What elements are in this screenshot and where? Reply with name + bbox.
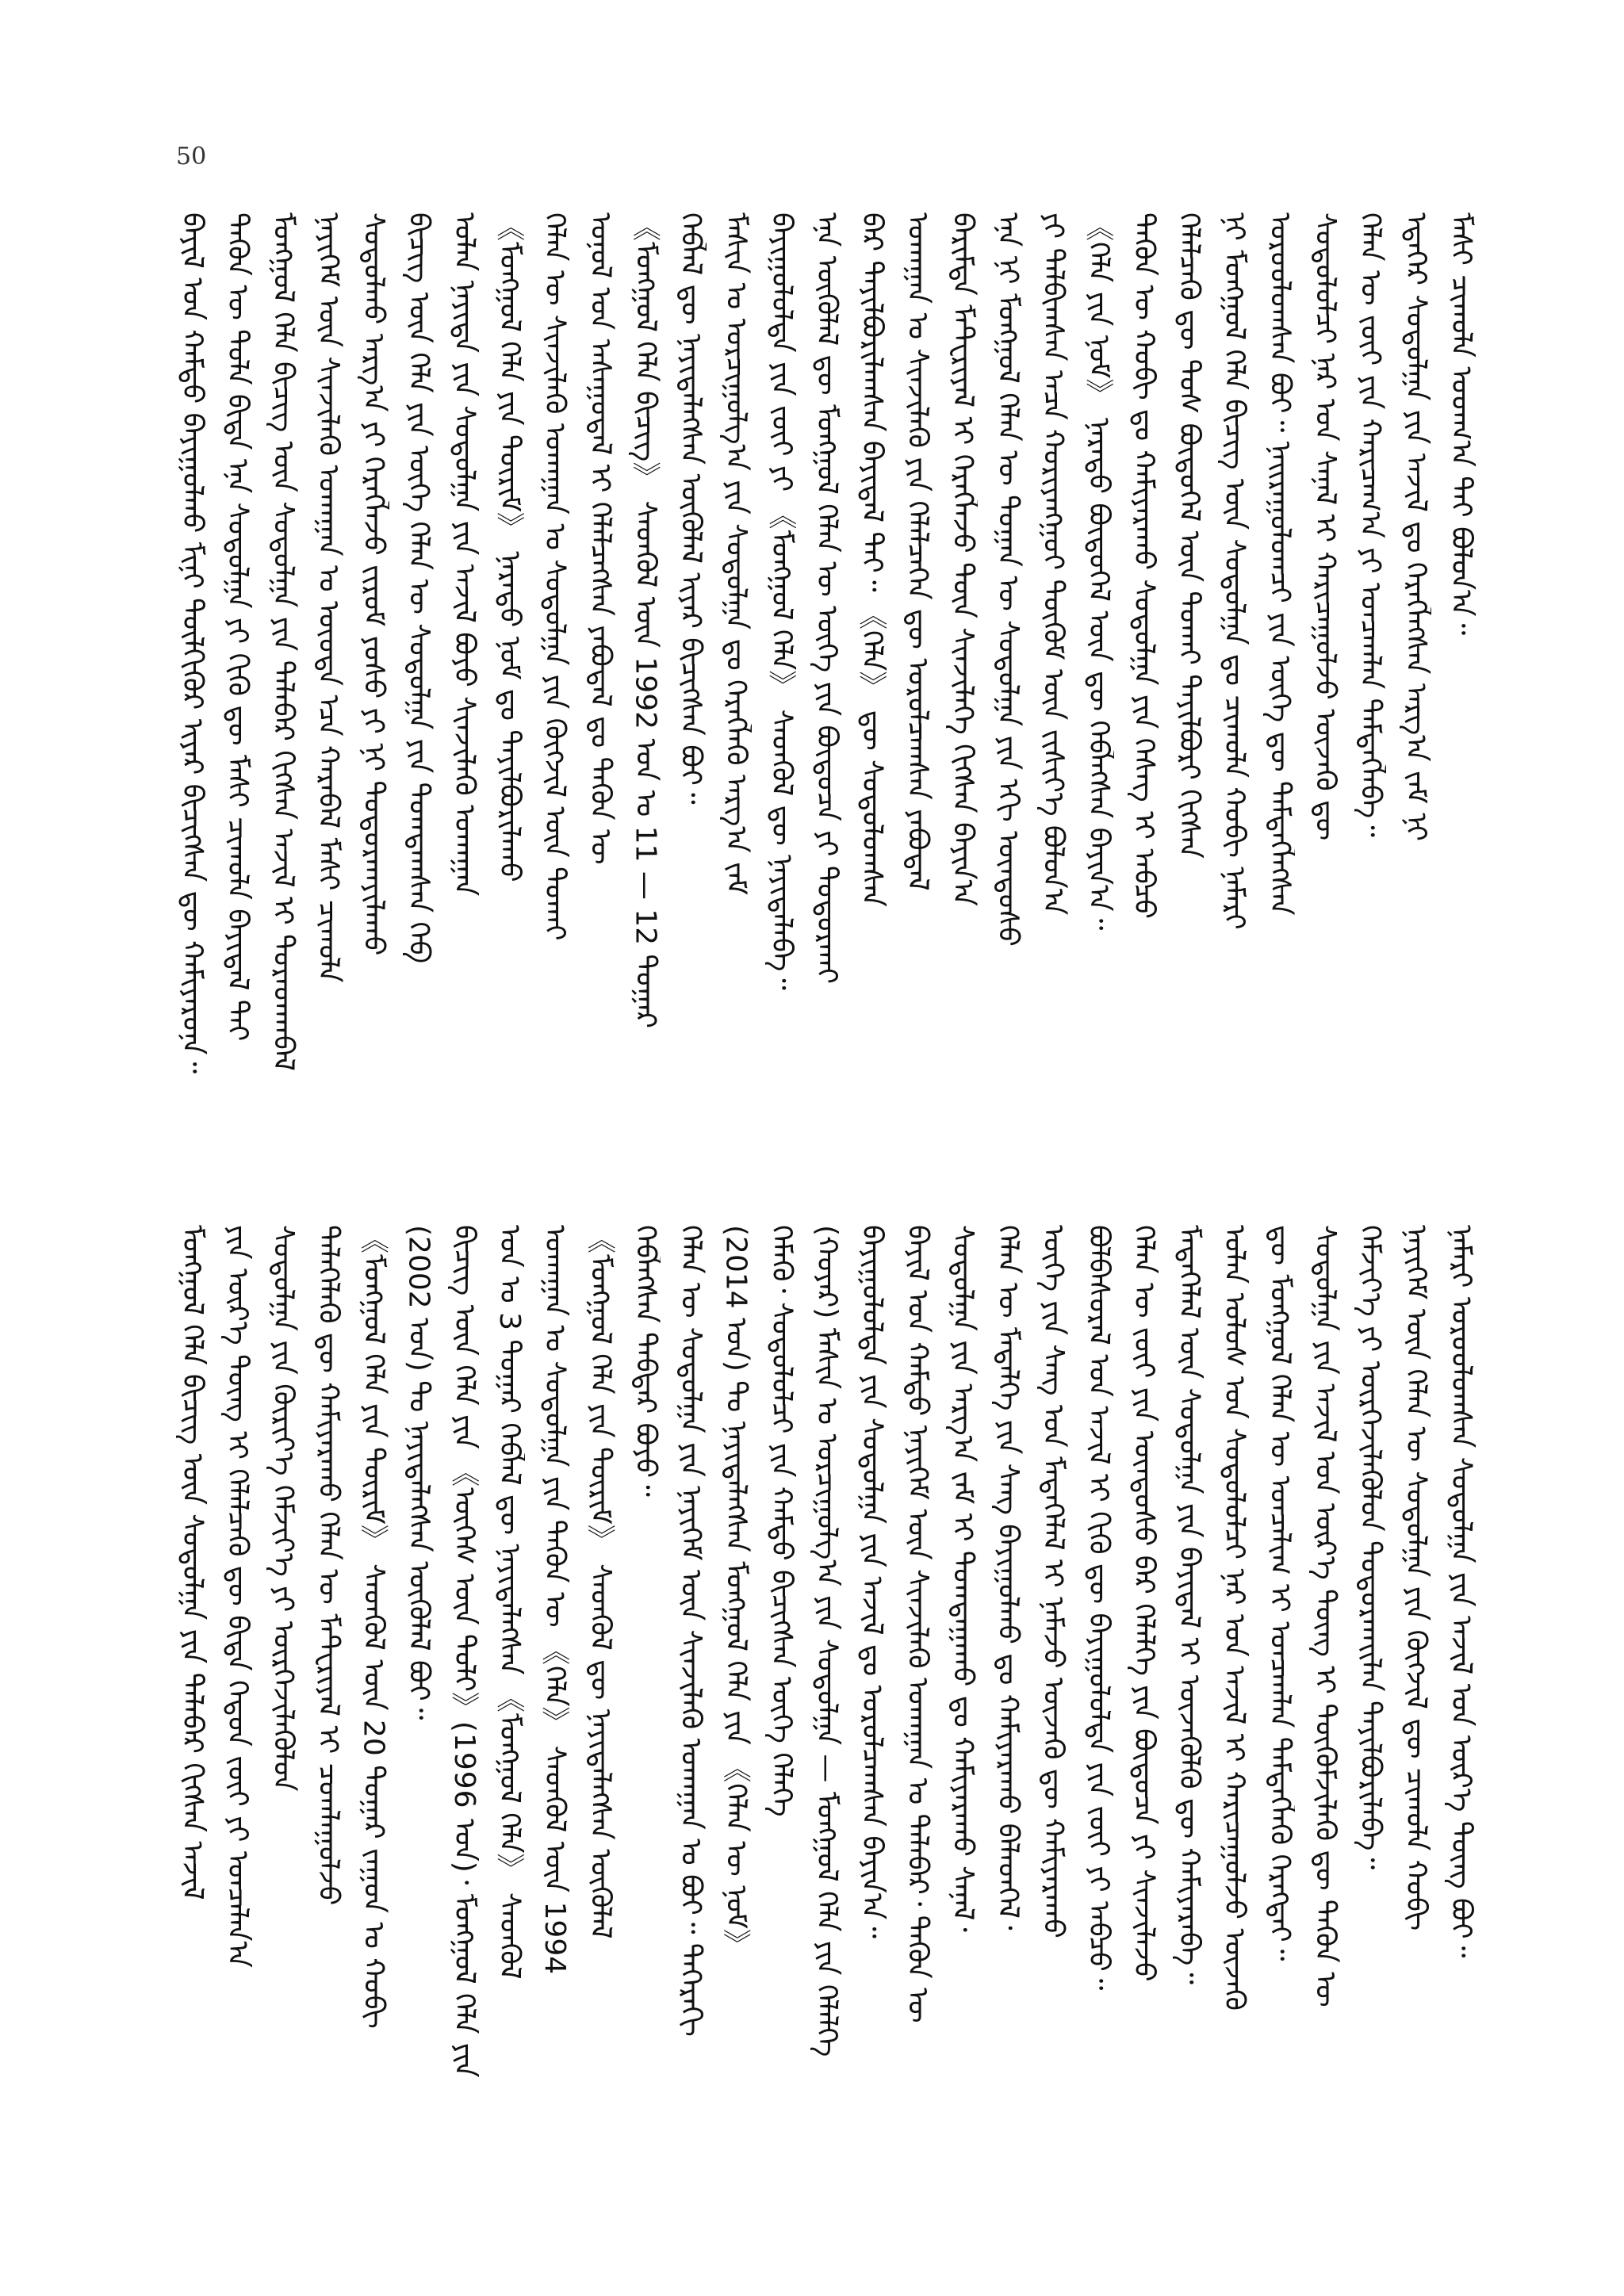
text-column: ᠰᠤᠳᠤᠯᠤᠯᠴᠢ ᠨᠠᠷ ᠤᠨ ᠰᠠᠨᠠᠯ ᠢ ᠬᠠᠷᠢᠴᠠᠭᠤᠯᠵᠤ ᠦᠵᠡ…: [1309, 212, 1341, 1148]
text-column: 《ᠮᠣᠩᠭᠣᠯ ᠬᠡᠯᠡ ᠶᠢᠨ ᠳᠦᠷᠢᠮ》 ᠰᠡᠳᠬᠦᠯ ᠳᠦ ᠨᠡᠶᠢᠲᠡ…: [584, 1225, 615, 2156]
text-column: ᠤᠬᠠᠭᠠᠨ ᠤ ᠰᠤᠳᠤᠯᠭᠠ ᠶᠢᠨ ᠲᠡᠭᠦᠨ ᠦ 《ᠬᠡᠯᠡ》 ᠰᠡᠳᠬ…: [538, 1225, 570, 2156]
text-column: ᠬᠡᠯᠡᠨ ᠦ ᠰᠢᠨᠵᠢᠯᠡᠬᠦ ᠤᠬᠠᠭᠠᠨ ᠤ ᠰᠤᠳᠤᠯᠭᠠ ᠶᠢᠨ ᠬ…: [538, 212, 570, 1148]
text-column: ᠦᠭᠡ ᠶᠢᠨ ᠰᠠᠩ ᠤᠨ ᠮᠡᠳᠡᠭᠡᠯᠡᠯ ᠢ ᠨᠡᠮᠡᠵᠦ ᠦᠵᠡᠬᠦ …: [1037, 1225, 1069, 2156]
text-column: ᠬᠡᠪᠯᠡᠭᠰᠡᠨ ᠳᠡᠪᠲᠡᠷ ᠪᠤᠶᠤ᠃: [629, 1225, 661, 2156]
text-column: 《ᠮᠣᠩᠭᠣᠯ ᠬᠡᠯᠡ ᠪᠢᠴᠢᠭ》 ᠰᠡᠳᠬᠦᠯ ᠦᠨ 1992 ᠣᠨ ᠤ …: [629, 212, 661, 1148]
text-column: ᠮᠠᠰᠢ ᠴᠢᠬᠤᠯᠠ ᠤᠳᠬ᠎ᠠ ᠲᠠᠢ ᠪᠣᠯᠤᠨ᠎ᠠ᠃: [1445, 212, 1477, 1148]
text-column: (ᠬᠣᠶᠠᠷ) ᠮᠠᠰᠢᠨ ᠤ ᠣᠷᠴᠢᠭᠤᠯᠭ᠎ᠠ ᠶᠢᠨ ᠰᠤᠳᠤᠯᠭᠠ —…: [810, 1225, 842, 2156]
text-column: ᠬᠡᠯᠡᠨ ᠦ ᠵᠦᠢ ᠶᠢᠨ ᠦᠨᠳᠦᠰᠦ ᠪᠠᠷ ᠬᠡᠯᠡᠯᠭᠡ ᠶᠢᠨ ᠪ…: [1128, 1225, 1159, 2156]
text-column: ᠬᠡᠪᠯᠡᠯ ᠳᠦ ᠨᠡᠶᠢᠲᠡᠯᠡᠭᠰᠡᠨ ᠥᠭᠦᠯᠡᠯ ᠢᠶᠡᠷ ᠪᠢᠴᠢᠭ…: [675, 212, 707, 1148]
text-column: ᠡᠨᠡ ᠨᠢ ᠮᠣᠩᠭᠣᠯ ᠬᠡᠯᠡᠨ ᠦ ᠲᠣᠭᠠᠨ ᠦ ᠰᠤᠳᠤᠯᠭᠠ ᠶᠢ…: [992, 212, 1024, 1148]
text-column: ᠣᠨᠣᠯ ᠤᠨ ᠠᠰᠠᠭᠤᠳᠠᠯ ᠢ ᠬᠡᠯᠡᠯᠴᠡᠭᠰᠡᠨ ᠶᠠᠪᠤᠳᠠᠯ ᠳ…: [584, 212, 615, 1148]
text-column: ᠮᠠᠰᠢᠨ ᠤ ᠣᠷᠴᠢᠭᠤᠯᠭ᠎ᠠ ᠶᠢᠨ ᠰᠤᠳᠤᠯᠭᠠ ᠳᠤ ᠬᠡᠷᠡᠭᠯ…: [720, 212, 752, 1148]
text-column: 《ᠬᠡᠯᠡ ᠶᠢᠨ ᠨᠣᠮ》 ᠨᠡᠷᠡᠲᠦ ᠪᠦᠲᠦᠭᠡᠯ ᠦᠨ ᠳᠦ ᠬᠡᠪᠯ…: [1082, 212, 1114, 1148]
text-column: ᠮᠡᠳᠡᠭᠡᠯᠡᠯ ᠦᠨ ᠰᠤᠳᠤᠯᠭᠠ ᠶᠢᠨ ᠪᠠᠶᠢᠳᠠᠯ ᠢ ᠦᠵᠡᠭᠦ…: [1173, 1225, 1205, 2156]
text-column: ᠨᠢ ᠮᠣᠩᠭᠣᠯ ᠬᠡᠯᠡ ᠪᠢᠴᠢᠭ ᠦᠨ ᠰᠤᠳᠤᠯᠭᠠ ᠳᠤ ᠴᠢᠬᠤᠯ…: [1218, 212, 1250, 1148]
text-column: ᠤᠬᠠᠭᠠᠨ ᠤ ᠰᠢᠨᠵᠢᠯᠡᠬᠦ ᠶᠢᠨ ᠬᠡᠯᠡᠯᠴᠡᠭᠡᠨ ᠳᠦ ᠣᠷᠤ…: [901, 212, 933, 1148]
text-column: ᠣᠨ ᠤ 3 ᠳᠤᠭᠠᠷ ᠬᠡᠪᠯᠡᠯ ᠳᠦ ᠨᠡᠶᠢᠲᠡᠯᠡᠭᠰᠡᠨ 《ᠮᠣᠩ…: [493, 1225, 525, 2156]
text-block-top: ᠪᠠᠶᠢᠯ ᠤᠨ ᠬᠠᠮᠲᠤ ᠪᠠᠶᠢᠭᠤᠯᠬᠤ ᠮᠢᠨᠢ ᠲᠦᠯᠬᠢᠭᠦᠷ ᠢ…: [176, 212, 1477, 1148]
text-column: ᠰᠤᠳᠤᠯᠬᠤ ᠠᠷᠭ᠎ᠠ ᠶᠢ ᠬᠡᠷᠡᠭᠯᠡᠵᠦ ᠵᠢᠷᠤᠮ ᠶᠣᠰᠤ ᠶᠢ…: [358, 212, 389, 1148]
text-column: ᠡᠨᠡ ᠥᠭᠦᠯᠡᠯ ᠳᠦ ᠮᠣᠩᠭᠣᠯ ᠬᠡᠯᠡᠨ ᠦ ᠦᠭᠡ ᠶᠢᠨ ᠪᠦᠲ…: [810, 212, 842, 1148]
text-column: ᠪᠣᠯᠪᠠᠰᠤᠷᠠᠯ ᠤᠨ ᠠᠵᠢᠯ ᠢ ᠬᠢᠬᠦ ᠳᠦ ᠪᠠᠶᠢᠭᠤᠯᠤᠯᠲᠠ…: [1082, 1225, 1114, 2156]
text-column: ᠪᠢᠴᠢᠭ ᠦᠨ ᠬᠡᠯᠡ ᠶᠢᠨ ᠦᠭᠡ ᠬᠡᠯᠡᠨ ᠦ ᠰᠤᠳᠤᠯᠭᠠ ᠶᠢ…: [403, 212, 435, 1148]
text-column: ᠪᠠᠶᠢᠭᠤᠯᠤᠯᠲᠠ ᠶᠢᠨ ᠰᠤᠳᠤᠯᠭᠠ ᠶᠢᠨ ᠠᠵᠢᠯ ᠳᠤ ᠣᠷᠤᠯ…: [856, 1225, 887, 2156]
text-column: ᠨᠡᠶᠢᠭᠡᠮ ᠦᠨ ᠬᠡᠯᠡᠨ ᠦ ᠰᠤᠳᠤᠯᠭᠠ ᠶᠢᠨ ᠬᠥᠭᠵᠢᠯ ᠳᠦ…: [1400, 1225, 1431, 2156]
text-column: ᠬᠡᠯᠡᠨ ᠦ ᠮᠡᠳᠡᠯᠭᠡ ᠶᠢᠨ ᠰᠠᠩ ᠪᠠᠶᠢᠭᠤᠯᠬᠤ ᠳᠤ ᠬᠠᠮ…: [992, 1225, 1024, 2156]
text-column: ᠪᠠᠶᠢᠯ ᠤᠨ ᠬᠠᠮᠲᠤ ᠨᠡᠶᠢᠭᠡᠮ ᠦᠨ ᠰᠢᠨᠵᠢᠯᠡᠬᠦ ᠤᠬᠠᠭ…: [901, 1225, 933, 2156]
text-column: ᠬᠡᠯᠡᠨ ᠦ ᠵᠦᠢ ᠶᠢᠨ ᠬᠠᠷᠢᠴᠠᠭ᠎ᠠ ᠶᠢ ᠣᠨᠴᠠᠭᠯᠠᠨ ᠲᠡ…: [1354, 212, 1386, 1148]
text-column: ᠡᠳᠡᠭᠡᠷ ᠰᠤᠳᠤᠯᠭᠠ ᠶᠢᠨ ᠠᠵᠢᠯ ᠳᠤ ᠬᠡᠷᠡᠭᠯᠡᠭᠰᠡᠨ ᠠ…: [1400, 212, 1431, 1148]
text-column: 《ᠮᠣᠩᠭᠣᠯ ᠬᠡᠯᠡ ᠶᠢᠨ ᠳᠦᠷᠢᠮ》 ᠨᠡᠷᠡᠲᠦ ᠨᠣᠮ ᠳᠤ ᠲᠠ…: [493, 212, 525, 1148]
text-column: ᠣᠷᠤᠤᠯᠤᠭᠰᠠᠨ ᠪᠤᠢ᠃ ᠨᠠᠢᠷᠠᠭᠤᠯᠤᠭᠴᠢ ᠶᠢᠨ ᠦᠭᠡ ᠳᠦ …: [1263, 212, 1295, 1148]
text-column: ᠨᠡᠮᠡᠷᠢ ᠣᠷᠤᠤᠯᠤᠭᠰᠠᠨ ᠰᠤᠳᠤᠯᠭᠠ ᠶᠢᠨ ᠠᠵᠢᠯ ᠤᠨ ᠦᠷ…: [1445, 1225, 1477, 2156]
text-column: (2002 ᠣᠨ) ᠲᠤ ᠨᠡᠶᠢᠲᠡᠯᠡᠭᠰᠡᠨ ᠥᠭᠦᠯᠡᠯ ᠪᠤᠢ᠃: [403, 1225, 435, 2156]
text-column: 《ᠮᠣᠩᠭᠣᠯ ᠬᠡᠯᠡ ᠶᠢᠨ ᠳᠦᠷᠢᠮ》 ᠰᠡᠳᠬᠦᠯ ᠦᠨ 20 ᠳᠤᠭ…: [358, 1225, 389, 2156]
text-column: ᠣᠯᠠᠨ ᠤᠯᠤᠰ ᠤᠨ ᠰᠤᠳᠤᠯᠤᠯᠴᠢ ᠨᠠᠷ ᠤᠨ ᠠᠵᠢᠯ ᠢ ᠬᠠᠷ…: [1218, 1225, 1250, 2156]
text-column: ᠲᠡᠭᠦᠨ ᠦ ᠲᠤᠯᠠ ᠪᠢᠳᠡ ᠡᠨᠡ ᠰᠤᠳᠤᠯᠭᠠ ᠶᠢ ᠬᠢᠬᠦ ᠳᠦ…: [221, 212, 253, 1148]
text-column: ᠮᠣᠩᠭᠣᠯ ᠬᠡᠯᠡ ᠪᠢᠴᠢᠭ ᠦᠨ ᠰᠤᠳᠤᠯᠭᠠ ᠶᠢᠨ ᠲᠠᠯᠠᠪᠠᠷ…: [176, 1225, 208, 2156]
text-column: ᠰᠤᠳᠤᠯᠭᠠ ᠶᠢᠨ ᠠᠷᠭ᠎ᠠ ᠵᠠᠮ ᠢ ᠲᠣᠭᠲᠠᠭᠠᠬᠤ ᠳᠤ ᠬᠠᠮ…: [946, 1225, 978, 2156]
text-column: ᠪᠢᠴᠢᠭ ᠦᠨ ᠬᠡᠯᠡ ᠶᠢᠨ 《ᠦᠭᠡᠰ ᠦᠨ ᠲᠣᠯᠢ》(1996 ᠣᠨ…: [448, 1225, 480, 2156]
text-column: ᠣᠯᠠᠨ ᠨᠡᠶᠢᠲᠡ ᠶᠢᠨ ᠰᠤᠳᠤᠯᠭᠠ ᠶᠢᠨ ᠠᠵᠢᠯ ᠪᠤᠶᠤ ᠰᠢ…: [448, 212, 480, 1148]
text-column: ᠮᠣᠩᠭᠣᠯ ᠬᠡᠯᠡ ᠪᠢᠴᠢᠭ ᠦᠨ ᠰᠤᠳᠤᠯᠭᠠ ᠶᠢᠨ ᠲᠠᠯᠠᠪᠠᠷ…: [266, 212, 298, 1148]
text-column: ᠬᠡᠯᠡᠯᠴᠡᠬᠦ ᠳᠦ ᠲᠤᠰ ᠪᠦᠲᠦᠭᠡᠯ ᠦᠨ ᠲᠤᠬᠠᠢ ᠲᠠᠶᠢᠯᠪ…: [1173, 212, 1205, 1148]
text-column: ᠪᠡᠷ ᠲᠠᠶᠢᠯᠪᠤᠷᠢᠯᠠᠭᠰᠠᠨ ᠪᠠᠶᠢᠳᠠᠯ ᠲᠠᠢ᠃ 《ᠬᠡᠯᠡ》 …: [856, 212, 887, 1148]
text-column: ᠳᠦ ᠮᠣᠩᠭᠣᠯ ᠬᠡᠯᠡᠨ ᠦ ᠣᠨᠴᠠᠯᠢᠭ ᠢ ᠣᠨᠴᠠᠭᠯᠠᠨ ᠲᠡᠮ…: [1263, 1225, 1295, 2156]
text-column: ᠨᠡᠶᠢᠭᠡᠮ ᠦᠨ ᠰᠢᠨᠵᠢᠯᠡᠬᠦ ᠤᠬᠠᠭᠠᠨ ᠤ ᠦᠦᠳᠡ ᠡᠴᠡ ᠬ…: [312, 212, 343, 1148]
text-column: ᠪᠠᠷᠢᠮᠲᠠ ᠮᠠᠲ᠋ᠧᠷᠢᠶᠠᠯ ᠢ ᠬᠡᠷᠡᠭᠯᠡᠵᠦ ᠳᠦᠨ ᠰᠢᠨᠵᠢ…: [946, 212, 978, 1148]
text-column: (2014 ᠣᠨ) ᠲᠤ ᠨᠡᠶᠢᠲᠡᠯᠡᠭᠰᠡᠨ ᠮᠣᠩᠭᠣᠯ ᠬᠡᠯᠡ ᠶᠢ…: [720, 1225, 752, 2156]
text-column: ᠬᠡᠯᠡᠨ ᠦ ᠰᠤᠳᠤᠯᠭᠠ ᠶᠢᠨ ᠨᠡᠶᠢᠭᠡᠮ ᠦᠨ ᠰᠢᠨᠵᠢᠯᠡᠬᠦ…: [675, 1225, 707, 2156]
page-number: 50: [176, 143, 206, 170]
text-column: ᠪᠠᠶᠢᠯ ᠤᠨ ᠬᠠᠮᠲᠤ ᠪᠠᠶᠢᠭᠤᠯᠬᠤ ᠮᠢᠨᠢ ᠲᠦᠯᠬᠢᠭᠦᠷ ᠢ…: [176, 212, 208, 1148]
text-column: ᠰᠤᠳᠤᠯᠭᠠ ᠶᠢᠨ ᠬᠦᠷᠢᠶ᠎ᠡ ᠬᠡᠮᠵᠢᠶ᠎ᠡ ᠶᠢ ᠦᠷᠭᠡᠵᠢᠯᠡ…: [266, 1225, 298, 2156]
text-column: ᠶᠢ ᠲᠠᠯᠪᠢᠭᠰᠠᠨ ᠠᠴᠠ ᠬᠤᠷᠢᠶᠠᠩᠭᠤᠢ ᠳᠦᠭᠦᠮ ᠦᠨ ᠵᠢᠱ…: [1037, 212, 1069, 1148]
text-block-bottom: ᠮᠣᠩᠭᠣᠯ ᠬᠡᠯᠡ ᠪᠢᠴᠢᠭ ᠦᠨ ᠰᠤᠳᠤᠯᠭᠠ ᠶᠢᠨ ᠲᠠᠯᠠᠪᠠᠷ…: [176, 1225, 1477, 2156]
text-column: ᠬᠡᠮᠡᠬᠦ᠂ ᠰᠤᠳᠤᠯᠤᠯᠴᠢ ᠶᠢᠨ ᠬᠠᠮᠲᠤ ᠪᠢᠴᠢᠭᠰᠡᠨ ᠦᠭᠡ…: [765, 1225, 797, 2156]
text-column: ᠲᠡᠯᠡᠭᠡᠯᠡᠬᠦ ᠳᠦ ᠬᠠᠮᠢᠶᠠᠷᠠᠬᠤ ᠬᠡᠯᠡᠨ ᠦ ᠮᠠᠲ᠋ᠧᠷᠢ…: [312, 1225, 343, 2156]
text-column: ᠬᠡᠮᠵᠢᠶ᠎ᠡ ᠶᠢ ᠦᠷᠭᠡᠵᠢᠯᠡᠭᠦᠯᠦᠨ ᠲᠣᠳᠤᠷᠬᠠᠢᠯᠠᠨ ᠲᠠ…: [1354, 1225, 1386, 2156]
text-column: ᠰᠤᠳᠤᠯᠭᠠ ᠶᠢᠨ ᠠᠵᠢᠯ ᠤᠨ ᠦᠷ᠎ᠡ ᠳᠦᠩ ᠢ ᠳᠦᠭᠦᠮᠵᠢᠯᠡ…: [1309, 1225, 1341, 2156]
text-column: ᠪᠠᠶᠢᠭᠤᠯᠤᠯᠲᠠ ᠶᠢᠨ ᠵᠦᠢ ᠶᠢ 《ᠮᠣᠩᠭᠣᠯ ᠬᠡᠯᠡ》 ᠰᠡᠳ…: [765, 212, 797, 1148]
text-column: ᠲᠡᠭᠦᠨ ᠦ ᠬᠤᠪᠢ ᠳᠤ ᠬᠠᠮᠢᠶᠠᠷᠠᠬᠤ ᠰᠤᠳᠤᠯᠭᠠ ᠶᠢᠨ ᠬ…: [1128, 212, 1159, 1148]
text-column: ᠶᠢᠨ ᠦᠷ᠎ᠡ ᠳᠦᠩ ᠢ ᠬᠡᠯᠡᠯᠴᠡᠬᠦ ᠳᠦ ᠪᠢᠳᠡ ᠬᠡᠳᠦᠨ ᠵ…: [221, 1225, 253, 2156]
